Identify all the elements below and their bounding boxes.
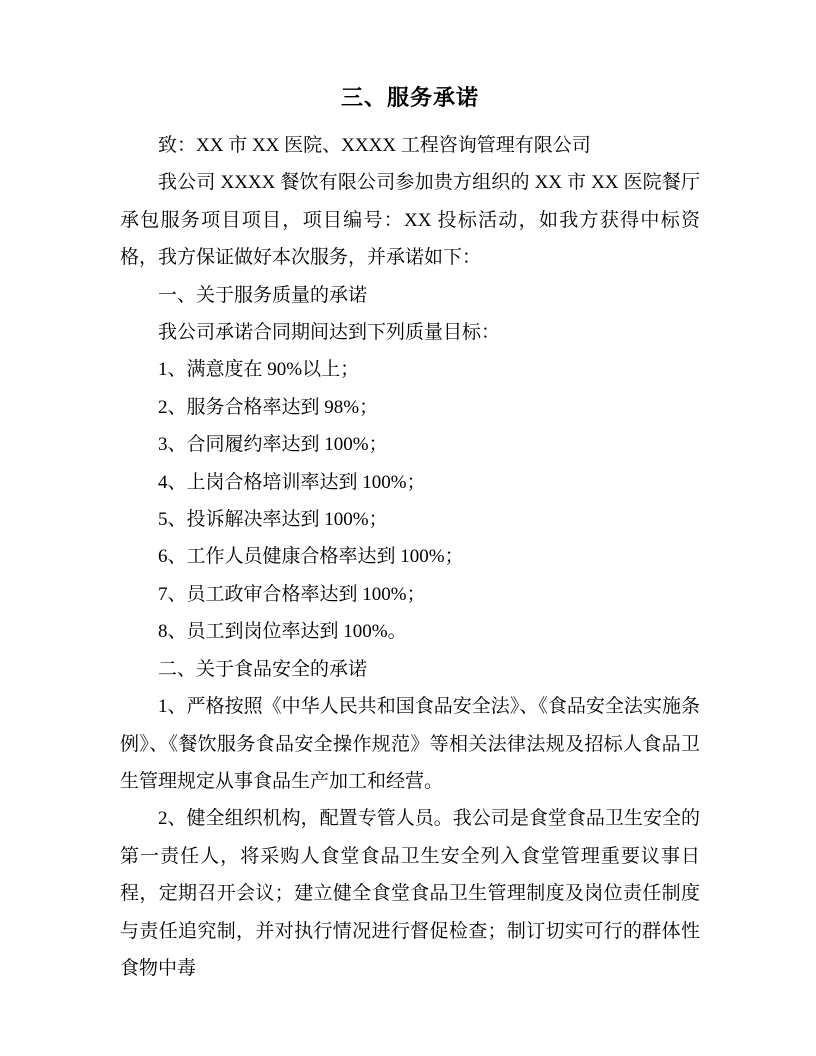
list-item-quality-1: 1、满意度在 90%以上； xyxy=(120,351,700,388)
list-item-quality-7: 7、员工政审合格率达到 100%； xyxy=(120,576,700,613)
list-item-quality-6: 6、工作人员健康合格率达到 100%； xyxy=(120,538,700,575)
section-heading-food-safety: 二、关于食品安全的承诺 xyxy=(120,651,700,688)
paragraph-addressee: 致：XX 市 XX 医院、XXXX 工程咨询管理有限公司 xyxy=(120,127,700,164)
list-item-quality-4: 4、上岗合格培训率达到 100%； xyxy=(120,464,700,501)
list-item-food-safety-1: 1、严格按照《中华人民共和国食品安全法》、《食品安全法实施条例》、《餐饮服务食品… xyxy=(120,688,700,800)
list-item-quality-5: 5、投诉解决率达到 100%； xyxy=(120,501,700,538)
list-item-quality-8: 8、员工到岗位率达到 100%。 xyxy=(120,613,700,650)
list-item-quality-3: 3、合同履约率达到 100%； xyxy=(120,426,700,463)
document-body: 致：XX 市 XX 医院、XXXX 工程咨询管理有限公司 我公司 XXXX 餐饮… xyxy=(120,127,700,987)
paragraph-intro: 我公司 XXXX 餐饮有限公司参加贵方组织的 XX 市 XX 医院餐厅承包服务项… xyxy=(120,164,700,276)
list-item-food-safety-2: 2、健全组织机构，配置专管人员。我公司是食堂食品卫生安全的第一责任人，将采购人食… xyxy=(120,800,700,987)
page-title: 三、服务承诺 xyxy=(120,82,700,114)
paragraph-quality-lead: 我公司承诺合同期间达到下列质量目标： xyxy=(120,314,700,351)
list-item-quality-2: 2、服务合格率达到 98%； xyxy=(120,389,700,426)
section-heading-quality: 一、关于服务质量的承诺 xyxy=(120,277,700,314)
document-page: 三、服务承诺 致：XX 市 XX 医院、XXXX 工程咨询管理有限公司 我公司 … xyxy=(0,0,816,1056)
